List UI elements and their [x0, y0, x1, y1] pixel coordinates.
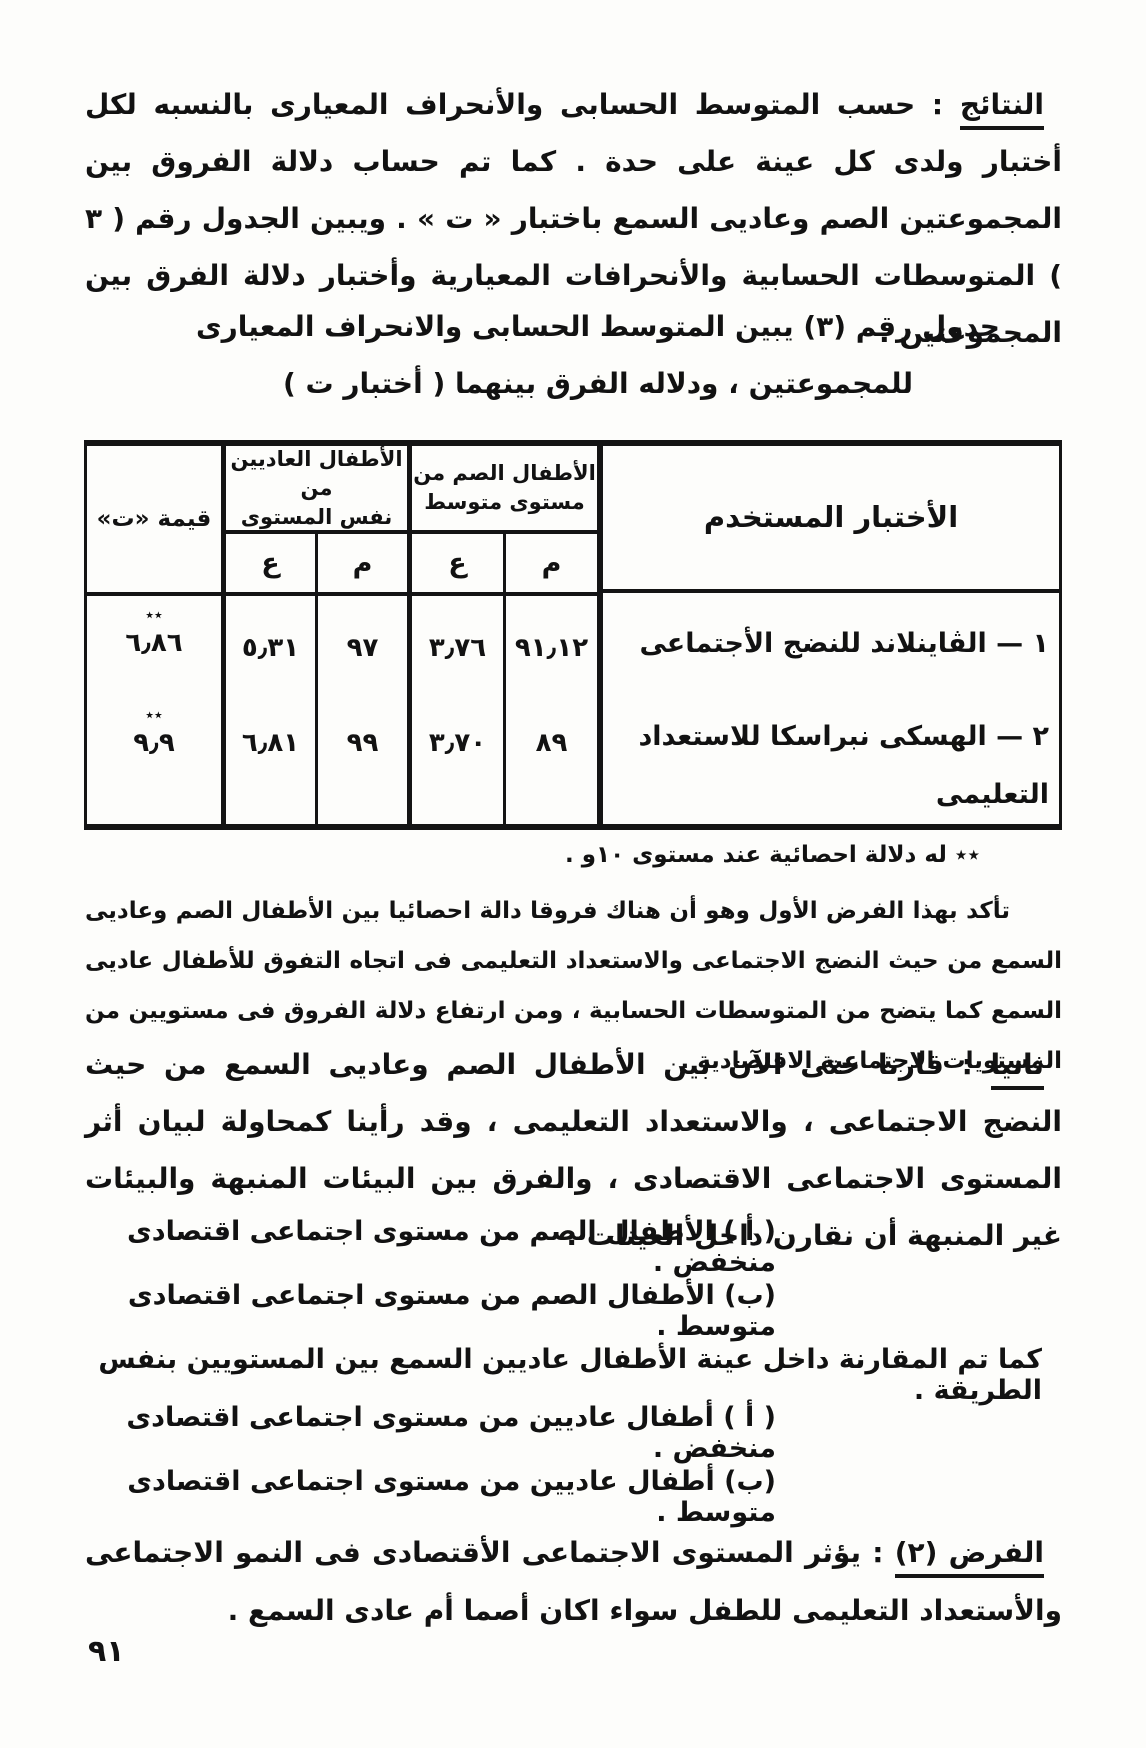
- test-name-hiskey: ٢ — الهسكى نبراسكا للاستعداد: [638, 721, 1049, 752]
- header-normal-group-line2: نفس المستوى: [241, 503, 393, 532]
- table-row-2-test-name: ٢ — الهسكى نبراسكا للاستعدادالتعليمى: [603, 694, 1059, 824]
- table-caption-line2: للمجموعتين ، ودلاله الفرق بينهما ( أختبا…: [110, 355, 1086, 412]
- cell-deaf-sd-row2: ٣٫٧٠: [412, 700, 503, 824]
- cell-normal-mean-row2: ٩٩: [318, 700, 407, 824]
- test-name-hiskey-cont: التعليمى: [603, 766, 1049, 824]
- header-t-value: قيمة «ت»: [87, 446, 221, 596]
- list-item-deaf-medium: (ب) الأطفال الصم من مستوى اجتماعى اقتصاد…: [60, 1280, 776, 1342]
- table-caption: جدول رقم (٣) يبين المتوسط الحسابى والانح…: [110, 298, 1086, 412]
- normal-subcolumns: م ٩٧ ٩٩ ع ٥٫٣١ ٦٫٨١: [226, 534, 407, 824]
- list-item-normal-low: ( أ ) أطفال عاديين من مستوى اجتماعى اقتص…: [60, 1402, 776, 1464]
- list-item-deaf-low: ( أ ) الأطفال الصم من مستوى اجتماعى اقتص…: [60, 1216, 776, 1278]
- deaf-sd-subcolumn: ع ٣٫٧٦ ٣٫٧٠: [412, 534, 503, 824]
- t-value-row2: ٩٫٩: [133, 726, 174, 760]
- column-group-deaf: الأطفال الصم من مستوى متوسط م ٩١٫١٢ ٨٩ ع…: [407, 446, 597, 824]
- normal-sd-subheader: ع: [226, 534, 315, 596]
- cell-normal-sd-row1: ٥٫٣١: [226, 596, 315, 700]
- column-test-used: الأختبار المستخدم ١ — الڤاينلاند للنضج ا…: [597, 446, 1059, 824]
- cell-deaf-mean-row2: ٨٩: [506, 700, 597, 824]
- normal-sd-subcolumn: ع ٥٫٣١ ٦٫٨١: [226, 534, 315, 824]
- significance-marker-row1: ٭٭: [145, 604, 162, 626]
- normal-mean-subheader: م: [318, 534, 407, 596]
- cell-t-value-row1: ٭٭ ٦٫٨٦: [87, 596, 221, 700]
- header-normal-group-line1: الأطفال العاديين من: [226, 445, 407, 503]
- second-section-heading: ثانيا: [991, 1048, 1044, 1090]
- deaf-subcolumns: م ٩١٫١٢ ٨٩ ع ٣٫٧٦ ٣٫٧٠: [412, 534, 597, 824]
- test-name-vineland: ١ — الڤاينلاند للنضج الأجتماعى: [639, 628, 1049, 659]
- hypothesis-paragraph: الفرض (٢) : يؤثر المستوى الاجتماعى الأقت…: [85, 1524, 1062, 1640]
- table-caption-line1: جدول رقم (٣) يبين المتوسط الحسابى والانح…: [110, 298, 1086, 355]
- list-item-normal-medium: (ب) أطفال عاديين من مستوى اجتماعى اقتصاد…: [60, 1466, 776, 1528]
- table-row-1-test-name: ١ — الڤاينلاند للنضج الأجتماعى: [603, 593, 1059, 695]
- column-group-normal-hearing: الأطفال العاديين من نفس المستوى م ٩٧ ٩٩ …: [221, 446, 407, 824]
- significance-marker-row2: ٭٭: [145, 704, 162, 726]
- results-heading: النتائج: [960, 88, 1044, 130]
- hypothesis-separator: :: [861, 1536, 895, 1569]
- header-normal-group: الأطفال العاديين من نفس المستوى: [226, 446, 407, 534]
- comparison-line: كما تم المقارنة داخل عينة الأطفال عاديين…: [60, 1344, 1042, 1406]
- deaf-mean-subcolumn: م ٩١٫١٢ ٨٩: [503, 534, 597, 824]
- normal-mean-subcolumn: م ٩٧ ٩٩: [315, 534, 407, 824]
- deaf-mean-subheader: م: [506, 534, 597, 596]
- deaf-sd-subheader: ع: [412, 534, 503, 596]
- header-test-used: الأختبار المستخدم: [603, 446, 1059, 593]
- t-value-row1: ٦٫٨٦: [125, 626, 182, 660]
- document-page: النتائج : حسب المتوسط الحسابى والأنحراف …: [0, 0, 1146, 1748]
- cell-normal-mean-row1: ٩٧: [318, 596, 407, 700]
- results-separator: :: [915, 88, 960, 121]
- column-t-value: قيمة «ت» ٭٭ ٦٫٨٦ ٭٭ ٩٫٩: [87, 446, 221, 824]
- cell-t-value-row2: ٭٭ ٩٫٩: [87, 700, 221, 824]
- page-number: ٩١: [88, 1634, 125, 1669]
- statistics-table: الأختبار المستخدم ١ — الڤاينلاند للنضج ا…: [84, 440, 1062, 830]
- header-deaf-group: الأطفال الصم من مستوى متوسط: [412, 446, 597, 534]
- table-footnote: ٭٭ له دلالة احصائية عند مستوى ١٠و .: [565, 842, 980, 868]
- cell-deaf-sd-row1: ٣٫٧٦: [412, 596, 503, 700]
- cell-normal-sd-row2: ٦٫٨١: [226, 700, 315, 824]
- hypothesis-heading: الفرض (٢): [895, 1536, 1044, 1578]
- header-deaf-group-line2: مستوى متوسط: [424, 488, 585, 517]
- second-section-separator: :: [944, 1048, 991, 1081]
- cell-deaf-mean-row1: ٩١٫١٢: [506, 596, 597, 700]
- header-deaf-group-line1: الأطفال الصم من: [413, 459, 596, 488]
